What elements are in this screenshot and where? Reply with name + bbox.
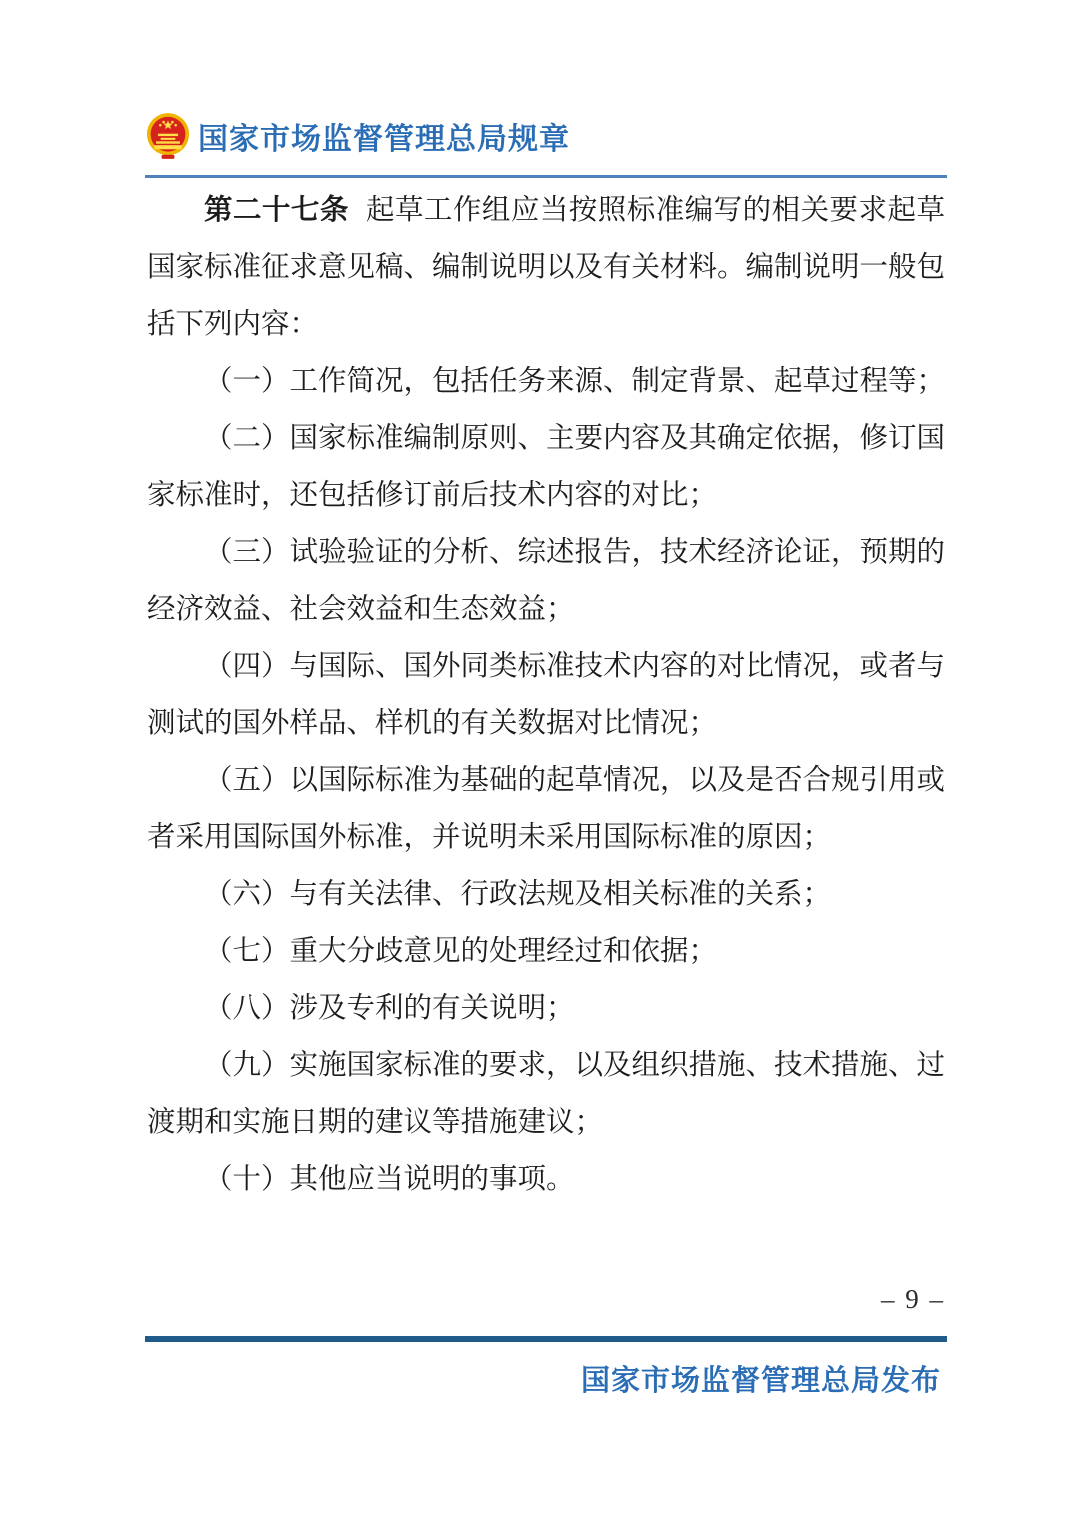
national-emblem-icon	[146, 112, 190, 160]
list-item: （六）与有关法律、行政法规及相关标准的关系；	[147, 866, 945, 923]
header-divider	[145, 175, 947, 178]
list-item: （五）以国际标准为基础的起草情况，以及是否合规引用或者采用国际国外标准，并说明未…	[147, 752, 945, 866]
footer-divider	[145, 1336, 947, 1342]
document-header-title: 国家市场监督管理总局规章	[198, 114, 570, 158]
list-item: （三）试验验证的分析、综述报告，技术经济论证，预期的经济效益、社会效益和生态效益…	[147, 524, 945, 638]
article-body: 第二十七条起草工作组应当按照标准编写的相关要求起草国家标准征求意见稿、编制说明以…	[147, 182, 945, 1208]
article-number: 第二十七条	[204, 195, 349, 226]
list-item: （八）涉及专利的有关说明；	[147, 980, 945, 1037]
list-item: （四）与国际、国外同类标准技术内容的对比情况，或者与测试的国外样品、样机的有关数…	[147, 638, 945, 752]
publisher-line: 国家市场监督管理总局发布	[581, 1358, 941, 1399]
list-item: （九）实施国家标准的要求，以及组织措施、技术措施、过渡期和实施日期的建议等措施建…	[147, 1037, 945, 1151]
list-item: （七）重大分歧意见的处理经过和依据；	[147, 923, 945, 980]
document-page: 国家市场监督管理总局规章 第二十七条起草工作组应当按照标准编写的相关要求起草国家…	[0, 0, 1080, 1527]
article-intro-paragraph: 第二十七条起草工作组应当按照标准编写的相关要求起草国家标准征求意见稿、编制说明以…	[147, 182, 945, 353]
list-item: （十）其他应当说明的事项。	[147, 1151, 945, 1208]
list-item: （二）国家标准编制原则、主要内容及其确定依据，修订国家标准时，还包括修订前后技术…	[147, 410, 945, 524]
page-header: 国家市场监督管理总局规章	[146, 112, 570, 160]
page-number: – 9 –	[881, 1284, 945, 1315]
list-item: （一）工作简况，包括任务来源、制定背景、起草过程等；	[147, 353, 945, 410]
